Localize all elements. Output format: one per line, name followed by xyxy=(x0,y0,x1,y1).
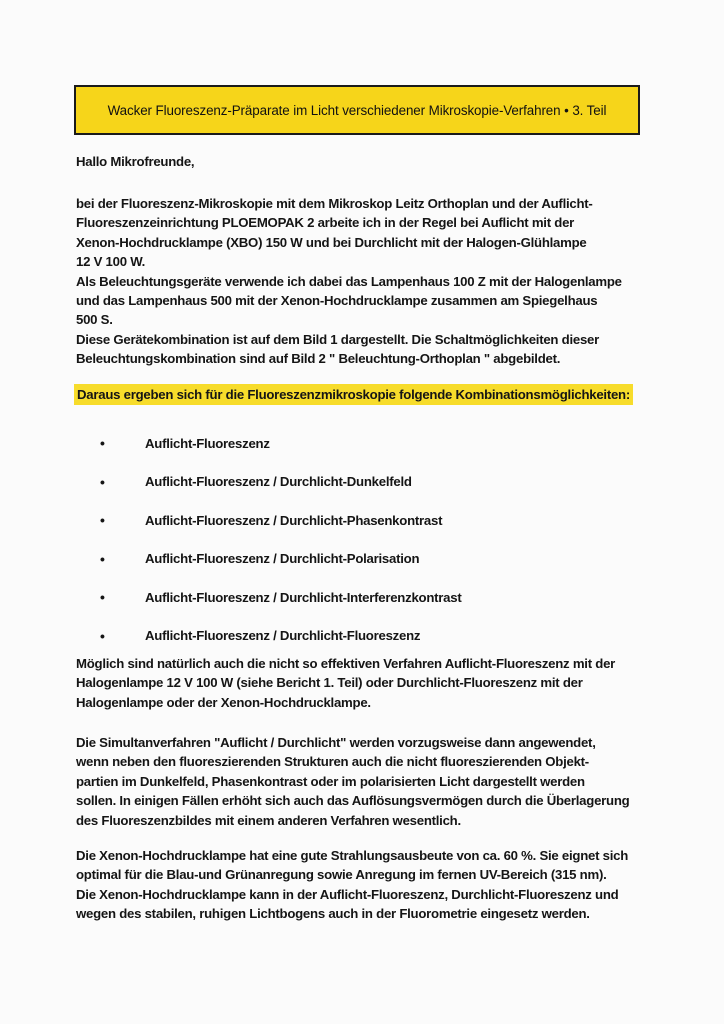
list-item: • Auflicht-Fluoreszenz xyxy=(100,424,461,463)
text-line: Halogenlampe 12 V 100 W (siehe Bericht 1… xyxy=(76,673,656,692)
paragraph-alternatives: Möglich sind natürlich auch die nicht so… xyxy=(76,654,656,712)
list-item-text: Auflicht-Fluoreszenz / Durchlicht-Dunkel… xyxy=(145,474,412,489)
combination-list: • Auflicht-Fluoreszenz • Auflicht-Fluore… xyxy=(100,424,461,655)
text-line: partien im Dunkelfeld, Phasenkontrast od… xyxy=(76,772,656,791)
greeting-text: Hallo Mikrofreunde, xyxy=(76,152,656,171)
bullet-icon: • xyxy=(100,628,145,644)
text-line: 500 S. xyxy=(76,310,656,329)
text-line: optimal für die Blau-und Grünanregung so… xyxy=(76,865,656,884)
paragraph-simultaneous: Die Simultanverfahren "Auflicht / Durchl… xyxy=(76,733,656,830)
text-line: Möglich sind natürlich auch die nicht so… xyxy=(76,654,656,673)
bullet-icon: • xyxy=(100,512,145,528)
greeting: Hallo Mikrofreunde, xyxy=(76,152,656,171)
list-item: • Auflicht-Fluoreszenz / Durchlicht-Phas… xyxy=(100,501,461,540)
list-item: • Auflicht-Fluoreszenz / Durchlicht-Inte… xyxy=(100,578,461,617)
bullet-icon: • xyxy=(100,435,145,451)
list-item-text: Auflicht-Fluoreszenz / Durchlicht-Interf… xyxy=(145,590,461,605)
list-item: • Auflicht-Fluoreszenz / Durchlicht-Fluo… xyxy=(100,617,461,656)
text-line: Xenon-Hochdrucklampe (XBO) 150 W und bei… xyxy=(76,233,656,252)
text-line: Beleuchtungskombination sind auf Bild 2 … xyxy=(76,349,656,368)
text-line: und das Lampenhaus 500 mit der Xenon-Hoc… xyxy=(76,291,656,310)
list-item: • Auflicht-Fluoreszenz / Durchlicht-Dunk… xyxy=(100,463,461,502)
text-line: des Fluoreszenzbildes mit einem anderen … xyxy=(76,811,656,830)
paragraph-xenon-lamp: Die Xenon-Hochdrucklampe hat eine gute S… xyxy=(76,846,656,924)
list-item-text: Auflicht-Fluoreszenz / Durchlicht-Polari… xyxy=(145,551,419,566)
text-line: Fluoreszenzeinrichtung PLOEMOPAK 2 arbei… xyxy=(76,213,656,232)
text-line: Die Xenon-Hochdrucklampe hat eine gute S… xyxy=(76,846,656,865)
document-title: Wacker Fluoreszenz-Präparate im Licht ve… xyxy=(108,103,607,118)
list-item-text: Auflicht-Fluoreszenz / Durchlicht-Phasen… xyxy=(145,513,442,528)
text-line: Die Xenon-Hochdrucklampe kann in der Auf… xyxy=(76,885,656,904)
text-line: bei der Fluoreszenz-Mikroskopie mit dem … xyxy=(76,194,656,213)
list-item-text: Auflicht-Fluoreszenz xyxy=(145,436,270,451)
text-line: 12 V 100 W. xyxy=(76,252,656,271)
text-line: Die Simultanverfahren "Auflicht / Durchl… xyxy=(76,733,656,752)
text-line: wegen des stabilen, ruhigen Lichtbogens … xyxy=(76,904,656,923)
bullet-icon: • xyxy=(100,589,145,605)
bullet-icon: • xyxy=(100,474,145,490)
highlighted-heading: Daraus ergeben sich für die Fluoreszenzm… xyxy=(74,384,633,405)
text-line: sollen. In einigen Fällen erhöht sich au… xyxy=(76,791,656,810)
list-item-text: Auflicht-Fluoreszenz / Durchlicht-Fluore… xyxy=(145,628,420,643)
intro-paragraph: bei der Fluoreszenz-Mikroskopie mit dem … xyxy=(76,194,656,369)
text-line: Halogenlampe oder der Xenon-Hochdrucklam… xyxy=(76,693,656,712)
text-line: Diese Gerätekombination ist auf dem Bild… xyxy=(76,330,656,349)
title-banner: Wacker Fluoreszenz-Präparate im Licht ve… xyxy=(74,85,640,135)
text-line: wenn neben den fluoreszierenden Struktur… xyxy=(76,752,656,771)
bullet-icon: • xyxy=(100,551,145,567)
text-line: Als Beleuchtungsgeräte verwende ich dabe… xyxy=(76,272,656,291)
document-page: Wacker Fluoreszenz-Präparate im Licht ve… xyxy=(0,0,724,1024)
list-item: • Auflicht-Fluoreszenz / Durchlicht-Pola… xyxy=(100,540,461,579)
